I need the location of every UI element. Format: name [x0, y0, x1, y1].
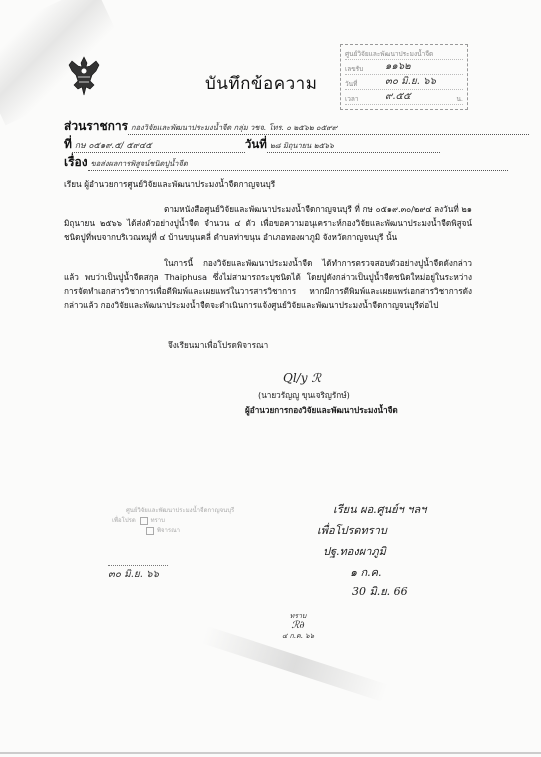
acknowledgement-note: ทราบ ℛ∂ ๔ ก.ค. ๖๖ — [282, 611, 314, 641]
handwritten-note-4: ๑ ก.ค. — [350, 563, 382, 581]
action-stamp-date: ๓๐ มิ.ย. ๖๖ — [108, 565, 168, 582]
page-edge — [0, 752, 541, 754]
agency-field: ส่วนราชการกองวิจัยและพัฒนาประมงน้ำจืด กล… — [64, 117, 529, 136]
reference-field: ที่กษ ๐๕๑๙.๕/ ๕๙๔๕วันที่๒๘ มิถุนายน ๒๕๖๖ — [64, 135, 440, 154]
stamp-time: ๙.๕๕ — [385, 89, 411, 104]
stamp-number: ๑๑๖๒ — [385, 59, 411, 74]
acknowledgement-signature: ℛ∂ — [282, 621, 314, 631]
date-value: ๒๘ มิถุนายน ๒๕๖๖ — [267, 140, 440, 153]
handwritten-note-1: เรียน ผอ.ศูนย์ฯ ฯลฯ — [333, 500, 426, 518]
subject-field: เรื่องขอส่งผลการพิสูจน์ชนิดปูน้ำจืด — [64, 153, 508, 172]
receipt-stamp: ศูนย์วิจัยและพัฒนาประมงน้ำจืด เลขรับ ๑๑๖… — [340, 44, 468, 110]
reference-value: กษ ๐๕๑๙.๕/ ๕๙๔๕ — [72, 138, 245, 153]
handwritten-note-5: 30 มิ.ย. 66 — [352, 582, 408, 600]
date-label: วันที่ — [245, 137, 267, 151]
closing-line: จึงเรียนมาเพื่อโปรดพิจารณา — [168, 339, 268, 352]
handwritten-note-2: เพื่อโปรดทราบ — [317, 521, 387, 539]
action-stamp: ศูนย์วิจัยและพัฒนาประมงน้ำจืดกาญจนบุรี เ… — [112, 506, 234, 536]
action-option-row: เพื่อโปรด ทราบ — [112, 516, 234, 526]
paragraph-2: ในการนี้ กองวิจัยและพัฒนาประมงน้ำจืด ได้… — [64, 256, 472, 312]
checkbox-icon — [146, 527, 154, 535]
handwritten-note-3: ปฐ.ทองผาภูมิ — [323, 542, 386, 560]
memo-page: บันทึกข้อความ ศูนย์วิจัยและพัฒนาประมงน้ำ… — [0, 0, 541, 757]
action-option-row-2: พิจารณา — [112, 526, 234, 536]
subject-value: ขอส่งผลการพิสูจน์ชนิดปูน้ำจืด — [88, 158, 508, 171]
checkbox-icon — [140, 517, 148, 525]
stamp-time-row: เวลา ๙.๕๕ น. — [345, 92, 463, 105]
agency-value: กองวิจัยและพัฒนาประมงน้ำจืด กลุ่ม วชจ. โ… — [128, 122, 529, 135]
memo-title: บันทึกข้อความ — [205, 70, 317, 97]
signature-scribble: Ql/y ℛ — [283, 371, 321, 385]
signer-name: (นายวรัญญู ขุนเจริญรักษ์) — [258, 389, 350, 402]
salutation: เรียน ผู้อำนวยการศูนย์วิจัยและพัฒนาประมง… — [64, 177, 472, 191]
stamp-date: ๓๐ มิ.ย. ๖๖ — [385, 74, 436, 89]
garuda-emblem-icon — [66, 55, 102, 97]
signer-title: ผู้อำนวยการกองวิจัยและพัฒนาประมงน้ำจืด — [245, 404, 398, 417]
paragraph-1: ตามหนังสือศูนย์วิจัยและพัฒนาประมงน้ำจืดก… — [64, 202, 472, 244]
